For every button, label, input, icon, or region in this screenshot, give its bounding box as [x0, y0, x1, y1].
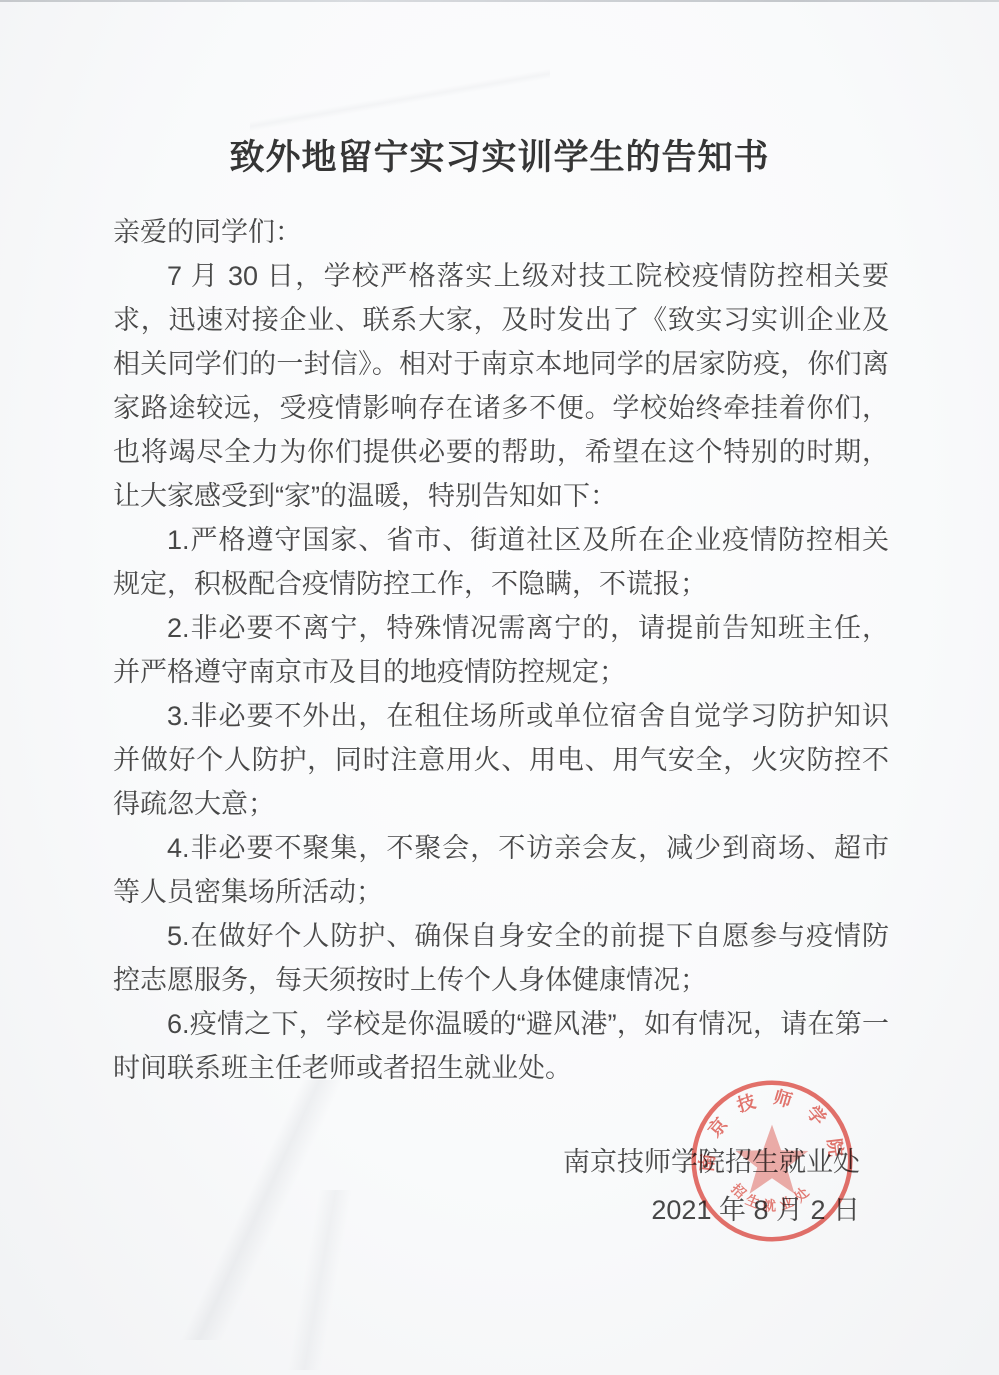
paper-crease	[60, 1190, 580, 1370]
scanned-notice-page: 致外地留宁实习实训学生的告知书 亲爱的同学们： 7 月 30 日，学校严格落实上…	[0, 0, 999, 1375]
paragraph-intro: 7 月 30 日，学校严格落实上级对技工院校疫情防控相关要求，迅速对接企业、联系…	[113, 254, 889, 518]
paper-crease	[30, 1080, 500, 1340]
notice-item-5: 5.在做好个人防护、确保自身安全的前提下自愿参与疫情防控志愿服务，每天须按时上传…	[113, 914, 889, 1002]
notice-item-2: 2.非必要不离宁，特殊情况需离宁的，请提前告知班主任，并严格遵守南京市及目的地疫…	[113, 606, 889, 694]
notice-item-1: 1.严格遵守国家、省市、街道社区及所在企业疫情防控相关规定，积极配合疫情防控工作…	[113, 518, 889, 606]
document-body: 亲爱的同学们： 7 月 30 日，学校严格落实上级对技工院校疫情防控相关要求，迅…	[113, 210, 889, 1090]
greeting-line: 亲爱的同学们：	[113, 210, 889, 254]
scan-edge-artifact	[0, 0, 999, 2]
seal-inner-text: 招生就业处	[728, 1180, 816, 1214]
document-title: 致外地留宁实习实训学生的告知书	[0, 130, 999, 180]
official-seal-stamp: 南京技师学院 招生就业处	[681, 1070, 863, 1252]
notice-item-4: 4.非必要不聚集，不聚会，不访亲会友，减少到商场、超市等人员密集场所活动；	[113, 826, 889, 914]
seal-star	[736, 1125, 809, 1194]
notice-item-3: 3.非必要不外出，在租住场所或单位宿舍自觉学习防护知识并做好个人防护，同时注意用…	[113, 694, 889, 826]
seal-inner-text-curve: 招生就业处	[728, 1180, 816, 1214]
